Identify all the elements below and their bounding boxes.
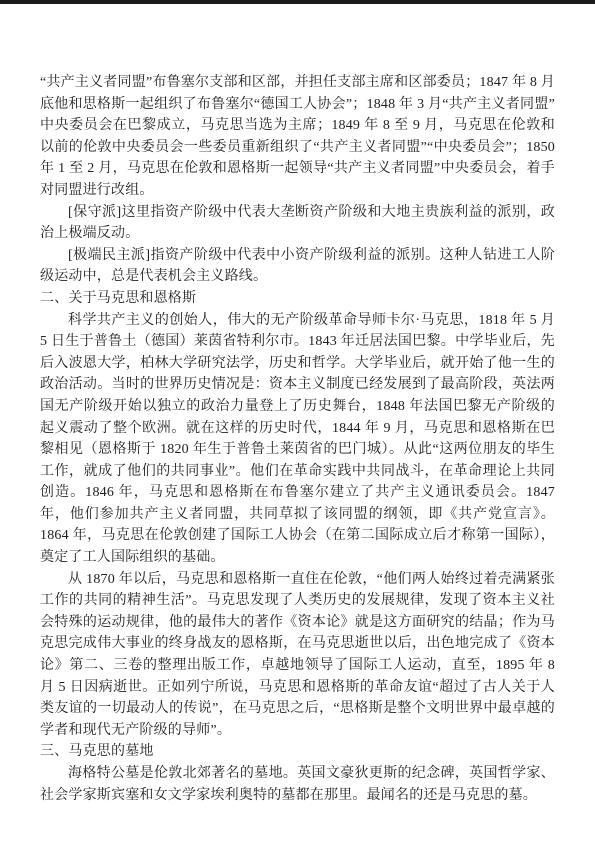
- note-paragraph-extreme-democrats: [极端民主派]指资产阶级中代表中小资产阶级利益的派别。这种人钻进工人阶级运动中，…: [40, 245, 555, 288]
- paragraph-after-1870: 从 1870 年以后，马克思和恩格斯一直住在伦敦，“他们两人始终过着壳满紧张工作…: [40, 569, 555, 742]
- paragraph-highgate-cemetery: 海格特公墓是伦敦北郊著名的墓地。英国文豪狄更斯的纪念碑，英国哲学家、社会学家斯宾…: [40, 763, 555, 806]
- page-top-edge: [0, 0, 595, 4]
- paragraph-marx-engels-biography: 科学共产主义的创始人，伟大的无产阶级革命导师卡尔·马克思，1818 年 5 月 …: [40, 310, 555, 569]
- note-paragraph-conservatives: [保守派]这里指资产阶级中代表大垄断资产阶级和大地主贵族利益的派别，政治上极端反…: [40, 202, 555, 245]
- continued-paragraph-communist-league: “共产主义者同盟”布鲁塞尔支部和区部，并担任支部主席和区部委员；1847 年 8…: [40, 72, 555, 202]
- document-page: “共产主义者同盟”布鲁塞尔支部和区部，并担任支部主席和区部委员；1847 年 8…: [0, 0, 595, 841]
- document-text-block: “共产主义者同盟”布鲁塞尔支部和区部，并担任支部主席和区部委员；1847 年 8…: [40, 72, 555, 806]
- section-heading-marx-and-engels: 二、关于马克思和恩格斯: [40, 288, 555, 310]
- section-heading-marx-grave: 三、马克思的墓地: [40, 741, 555, 763]
